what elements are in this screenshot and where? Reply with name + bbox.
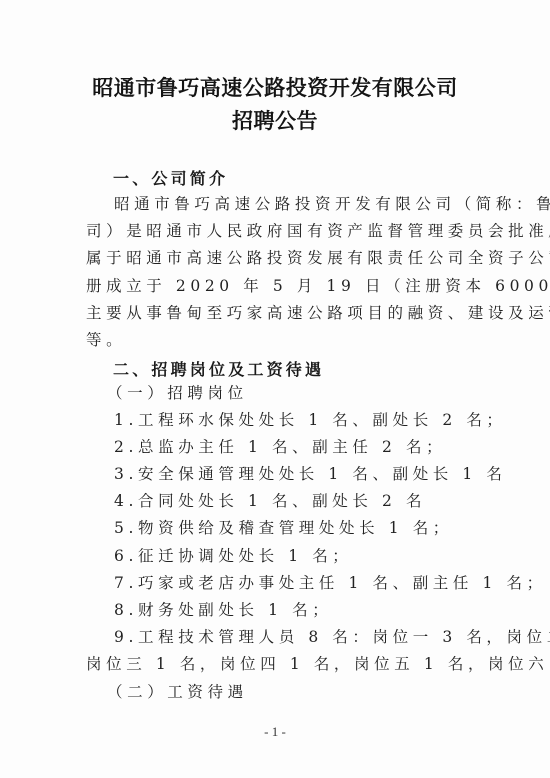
- paragraph-line: 司）是昭通市人民政府国有资产监督管理委员会批准成立，: [86, 221, 466, 241]
- position-item: 1.工程环水保处处长 1 名、副处长 2 名；: [114, 410, 494, 430]
- subsection-heading-salary: （二）工资待遇: [107, 682, 487, 702]
- section-heading-company-intro: 一、公司简介: [113, 166, 228, 189]
- document-page: 昭通市鲁巧高速公路投资开发有限公司 招聘公告 一、公司简介 昭通市鲁巧高速公路投…: [0, 0, 550, 778]
- position-item: 8.财务处副处长 1 名；: [114, 600, 494, 620]
- paragraph-line: 册成立于 2020 年 5 月 19 日（注册资本 6000 万元）。公司: [86, 276, 466, 296]
- paragraph-line: 昭通市鲁巧高速公路投资开发有限公司（简称：鲁巧公: [114, 194, 494, 214]
- page-number: - 1 -: [0, 724, 550, 740]
- paragraph-line: 等。: [86, 330, 466, 350]
- position-item: 9.工程技术管理人员 8 名：岗位一 3 名，岗位二 1 名，: [114, 627, 494, 647]
- document-title: 昭通市鲁巧高速公路投资开发有限公司: [0, 72, 550, 102]
- position-item: 2.总监办主任 1 名、副主任 2 名；: [114, 437, 494, 457]
- position-item: 7.巧家或老店办事处主任 1 名、副主任 1 名；: [114, 573, 494, 593]
- position-item: 6.征迁协调处处长 1 名；: [114, 546, 494, 566]
- section-heading-positions-salary: 二、招聘岗位及工资待遇: [113, 357, 324, 380]
- document-subtitle: 招聘公告: [0, 105, 550, 135]
- position-item: 4.合同处处长 1 名、副处长 2 名: [114, 491, 494, 511]
- position-item: 3.安全保通管理处处长 1 名、副处长 1 名: [114, 464, 494, 484]
- paragraph-line: 属于昭通市高速公路投资发展有限责任公司全资子公司，注: [86, 248, 466, 268]
- position-item-continuation: 岗位三 1 名，岗位四 1 名，岗位五 1 名，岗位六 1 名。: [86, 654, 466, 674]
- paragraph-line: 主要从事鲁甸至巧家高速公路项目的融资、建设及运营管理: [86, 303, 466, 323]
- position-item: 5.物资供给及稽查管理处处长 1 名；: [114, 518, 494, 538]
- subsection-heading-positions: （一）招聘岗位: [107, 383, 487, 403]
